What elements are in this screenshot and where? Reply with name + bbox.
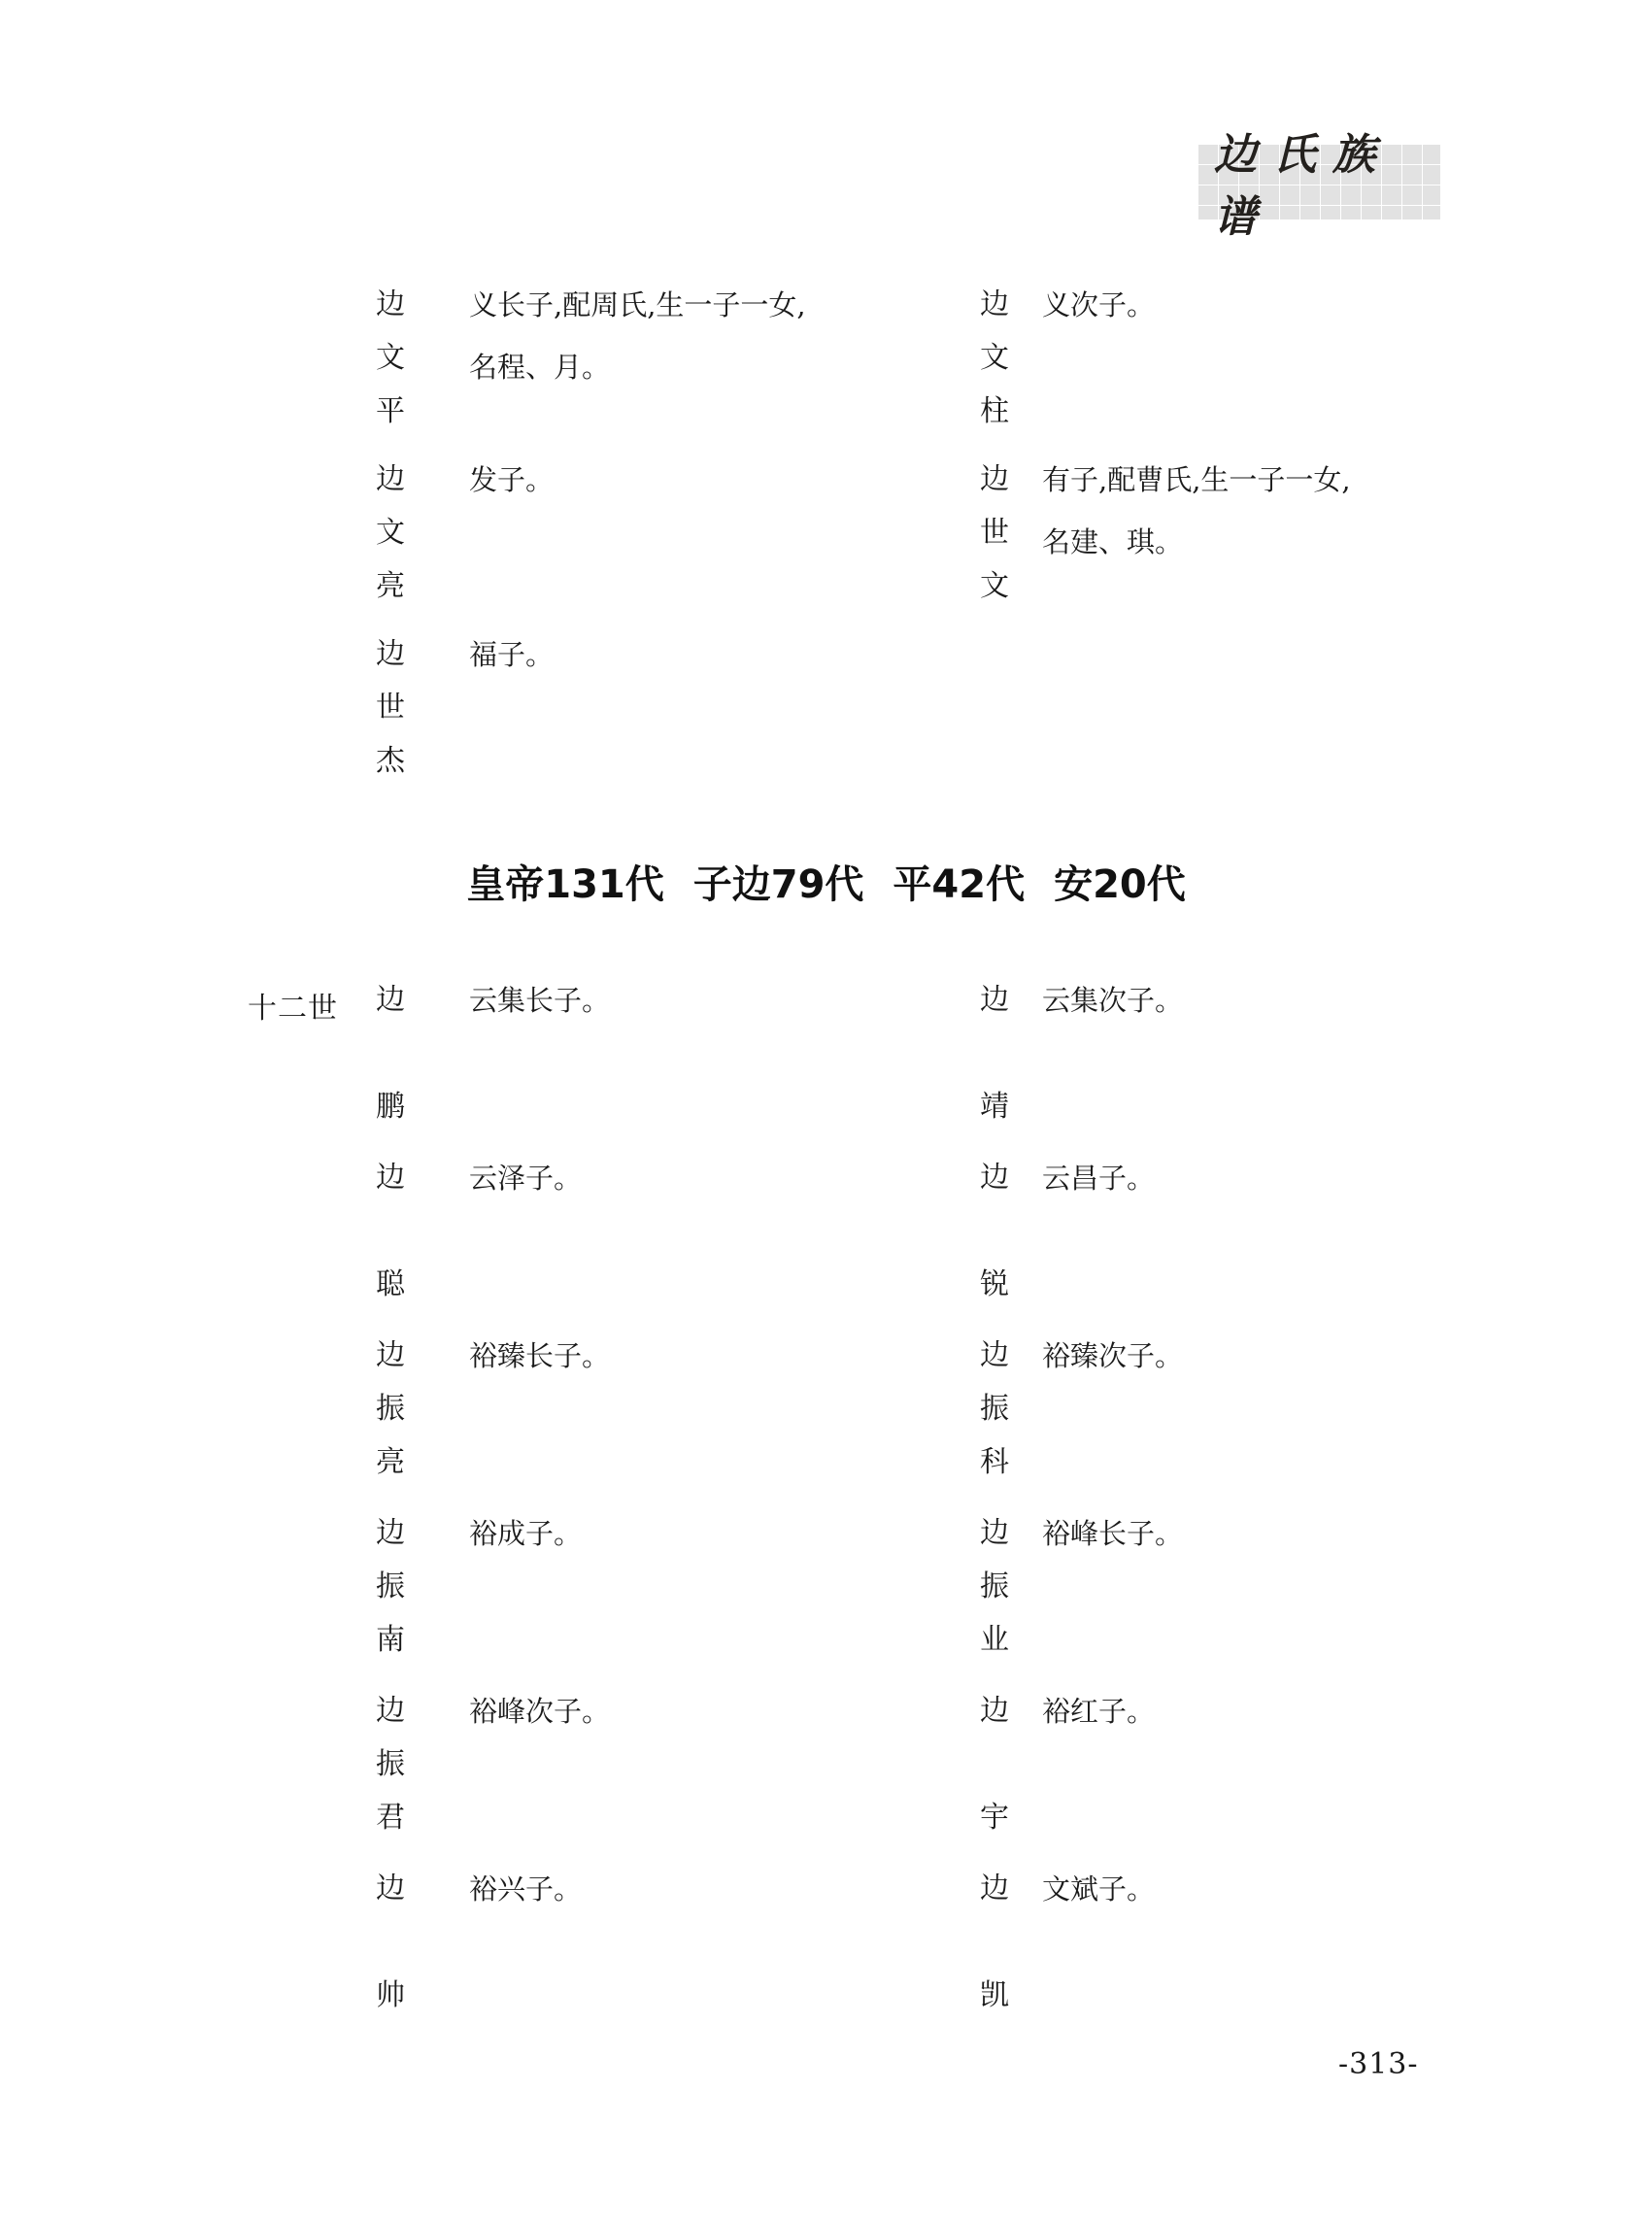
person-description: 福子。 <box>469 624 554 686</box>
genealogy-row: 边振亮裕臻长子。边振科裕臻次子。 <box>374 1341 1520 1477</box>
person-name: 边振科 <box>978 1341 1011 1477</box>
person-description: 有子,配曹氏,生一子一女, 名建、琪。 <box>1042 449 1351 573</box>
entry-cell-left: 边鹏云集长子。 <box>374 986 978 1122</box>
entry-cell-right: 边世文有子,配曹氏,生一子一女, 名建、琪。 <box>978 465 1520 601</box>
entry-cell-right: 边振科裕臻次子。 <box>978 1341 1520 1477</box>
person-name-char: 凯 <box>980 1981 1009 2010</box>
person-name: 边聪 <box>374 1164 407 1299</box>
person-name-char: 亮 <box>376 572 405 601</box>
person-description: 文斌子。 <box>1042 1858 1155 1920</box>
generation-label: 十二世 <box>248 984 338 1027</box>
entry-cell-left: 边振君裕峰次子。 <box>374 1697 978 1833</box>
person-name: 边世文 <box>978 465 1011 601</box>
person-name: 边文平 <box>374 290 407 426</box>
person-name: 边文亮 <box>374 465 407 601</box>
person-name-char: 锐 <box>980 1270 1009 1299</box>
person-name-char: 振 <box>376 1572 405 1602</box>
person-description: 裕兴子。 <box>469 1858 582 1920</box>
entry-cell-right: 边文柱义次子。 <box>978 290 1520 426</box>
entry-cell-right: 边锐云昌子。 <box>978 1164 1520 1299</box>
heading-part: 子边79代 <box>693 863 864 906</box>
entry-cell-left: 边振南裕成子。 <box>374 1519 978 1655</box>
entry-cell-right: 边靖云集次子。 <box>978 986 1520 1122</box>
page-number: -313- <box>1338 2047 1419 2081</box>
entry-cell-right: 边振业裕峰长子。 <box>978 1519 1520 1655</box>
person-name-char: 君 <box>376 1804 405 1833</box>
genealogy-page: 边氏族谱 边文平义长子,配周氏,生一子一女, 名程、月。边文柱义次子。边文亮发子… <box>0 0 1652 2226</box>
genealogy-row: 边世杰福子。 <box>374 640 1520 776</box>
person-name-char: 鹏 <box>376 1093 405 1122</box>
person-name-char: 文 <box>376 344 405 373</box>
person-name-char: 边 <box>980 290 1009 320</box>
person-name-char: 边 <box>980 1164 1009 1193</box>
person-description: 云昌子。 <box>1042 1147 1155 1209</box>
person-name-char: 边 <box>376 290 405 320</box>
upper-genealogy-section: 边文平义长子,配周氏,生一子一女, 名程、月。边文柱义次子。边文亮发子。边世文有… <box>374 290 1520 815</box>
person-name-char: 平 <box>376 397 405 426</box>
person-description: 云集次子。 <box>1042 969 1183 1031</box>
person-name: 边振亮 <box>374 1341 407 1477</box>
heading-part: 平42代 <box>893 863 1025 906</box>
person-name-char: 振 <box>980 1395 1009 1424</box>
twelfth-generation-section: 十二世边鹏云集长子。边靖云集次子。边聪云泽子。边锐云昌子。边振亮裕臻长子。边振科… <box>374 986 1520 2052</box>
heading-part: 皇帝131代 <box>466 863 664 906</box>
entry-cell-left: 边文亮发子。 <box>374 465 978 601</box>
person-name-char: 振 <box>376 1395 405 1424</box>
entry-cell-left: 边帅裕兴子。 <box>374 1874 978 2010</box>
person-name-char: 振 <box>376 1750 405 1779</box>
genealogy-row: 边振南裕成子。边振业裕峰长子。 <box>374 1519 1520 1655</box>
genealogy-row: 边文平义长子,配周氏,生一子一女, 名程、月。边文柱义次子。 <box>374 290 1520 426</box>
entry-cell-right: 边凯文斌子。 <box>978 1874 1520 2010</box>
person-name: 边文柱 <box>978 290 1011 426</box>
person-name-char: 边 <box>376 1697 405 1726</box>
genealogy-row: 边帅裕兴子。边凯文斌子。 <box>374 1874 1520 2010</box>
person-name: 边振南 <box>374 1519 407 1655</box>
entry-cell-left: 边世杰福子。 <box>374 640 978 776</box>
person-description: 义长子,配周氏,生一子一女, 名程、月。 <box>469 274 806 398</box>
person-name-char: 业 <box>980 1626 1009 1655</box>
person-name: 边宇 <box>978 1697 1011 1833</box>
person-name-char: 边 <box>980 1874 1009 1904</box>
person-description: 云泽子。 <box>469 1147 582 1209</box>
person-name: 边靖 <box>978 986 1011 1122</box>
person-name-char: 文 <box>980 572 1009 601</box>
person-name-char: 亮 <box>376 1448 405 1477</box>
person-description: 云集长子。 <box>469 969 610 1031</box>
person-name-char: 边 <box>376 986 405 1015</box>
person-name-char: 靖 <box>980 1093 1009 1122</box>
person-name-char: 世 <box>376 693 405 723</box>
person-name-char: 科 <box>980 1448 1009 1477</box>
person-name: 边振业 <box>978 1519 1011 1655</box>
person-name: 边锐 <box>978 1164 1011 1299</box>
person-name-char: 边 <box>376 1341 405 1370</box>
person-name: 边世杰 <box>374 640 407 776</box>
person-description: 裕峰长子。 <box>1042 1502 1183 1565</box>
person-name: 边帅 <box>374 1874 407 2010</box>
entry-cell-right: 边宇裕红子。 <box>978 1697 1520 1833</box>
person-name-char: 宇 <box>980 1804 1009 1833</box>
person-name-char: 边 <box>980 1341 1009 1370</box>
person-description: 裕臻长子。 <box>469 1325 610 1387</box>
person-name-char: 聪 <box>376 1270 405 1299</box>
generation-count-heading: 皇帝131代子边79代平42代安20代 <box>0 863 1652 906</box>
person-name-char: 文 <box>980 344 1009 373</box>
person-name-char: 帅 <box>376 1981 405 2010</box>
person-name-char: 边 <box>376 1519 405 1548</box>
entry-cell-left: 边文平义长子,配周氏,生一子一女, 名程、月。 <box>374 290 978 426</box>
entry-cell-left: 边振亮裕臻长子。 <box>374 1341 978 1477</box>
genealogy-row: 十二世边鹏云集长子。边靖云集次子。 <box>374 986 1520 1122</box>
entry-cell-left: 边聪云泽子。 <box>374 1164 978 1299</box>
person-name-char: 柱 <box>980 397 1009 426</box>
person-name-char: 边 <box>980 1519 1009 1548</box>
person-description: 裕红子。 <box>1042 1680 1155 1742</box>
person-name: 边鹏 <box>374 986 407 1122</box>
entry-cell-right <box>978 640 1520 776</box>
person-description: 发子。 <box>469 449 554 511</box>
genealogy-row: 边振君裕峰次子。边宇裕红子。 <box>374 1697 1520 1833</box>
person-name-char: 南 <box>376 1626 405 1655</box>
person-description: 裕峰次子。 <box>469 1680 610 1742</box>
person-name-char: 边 <box>376 1874 405 1904</box>
family-genealogy-title-badge: 边氏族谱 <box>1197 144 1440 219</box>
person-name-char: 文 <box>376 519 405 548</box>
person-description: 裕臻次子。 <box>1042 1325 1183 1387</box>
person-name-char: 世 <box>980 519 1009 548</box>
person-name-char: 边 <box>980 465 1009 494</box>
person-name-char: 边 <box>376 1164 405 1193</box>
person-description: 义次子。 <box>1042 274 1155 336</box>
person-name-char: 边 <box>980 1697 1009 1726</box>
genealogy-row: 边文亮发子。边世文有子,配曹氏,生一子一女, 名建、琪。 <box>374 465 1520 601</box>
person-name: 边振君 <box>374 1697 407 1833</box>
person-name-char: 杰 <box>376 747 405 776</box>
person-name-char: 边 <box>376 465 405 494</box>
person-name-char: 振 <box>980 1572 1009 1602</box>
person-name-char: 边 <box>376 640 405 669</box>
person-name: 边凯 <box>978 1874 1011 2010</box>
person-name-char: 边 <box>980 986 1009 1015</box>
genealogy-row: 边聪云泽子。边锐云昌子。 <box>374 1164 1520 1299</box>
person-description: 裕成子。 <box>469 1502 582 1565</box>
heading-part: 安20代 <box>1054 863 1186 906</box>
